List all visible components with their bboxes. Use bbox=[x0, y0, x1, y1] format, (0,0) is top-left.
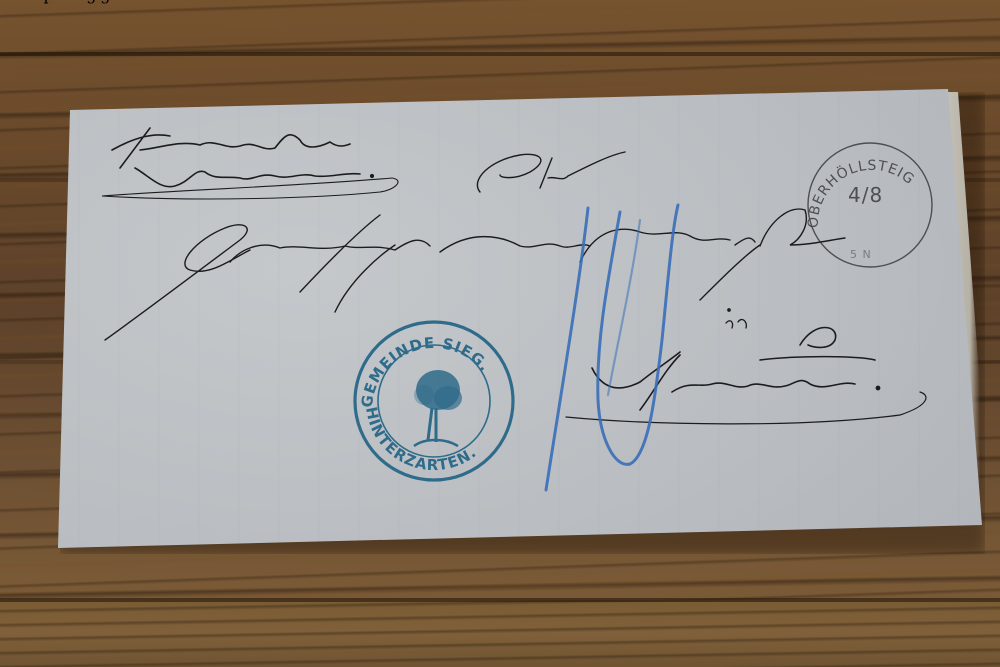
recipient-handwriting bbox=[105, 209, 845, 340]
photo-scene: Portopflichtige Dienstsache. An Großherz… bbox=[0, 0, 1000, 667]
seal-bottom-text: HINTERZARTEN. bbox=[362, 405, 480, 474]
tree-emblem-icon bbox=[414, 370, 462, 446]
rate-mark-text: 10 bbox=[0, 0, 20, 4]
postmark-date: 4/8 bbox=[848, 183, 883, 207]
envelope-markings: Portopflichtige Dienstsache. An Großherz… bbox=[0, 0, 1000, 667]
svg-text:HINTERZARTEN.: HINTERZARTEN. bbox=[362, 405, 480, 474]
salutation-handwriting bbox=[477, 152, 625, 192]
rate-mark-10 bbox=[546, 205, 678, 490]
header-note-handwriting bbox=[102, 128, 398, 199]
preposition-handwriting bbox=[726, 309, 746, 328]
postmark-lower: 5 N bbox=[850, 248, 872, 261]
municipal-seal-hinterzarten: GEMEINDE SIEG. HINTERZARTEN. bbox=[355, 322, 513, 480]
city-handwriting bbox=[566, 328, 926, 424]
postmark-oberhoellsteig: OBERHÖLLSTEIG 4/8 5 N bbox=[806, 143, 932, 267]
